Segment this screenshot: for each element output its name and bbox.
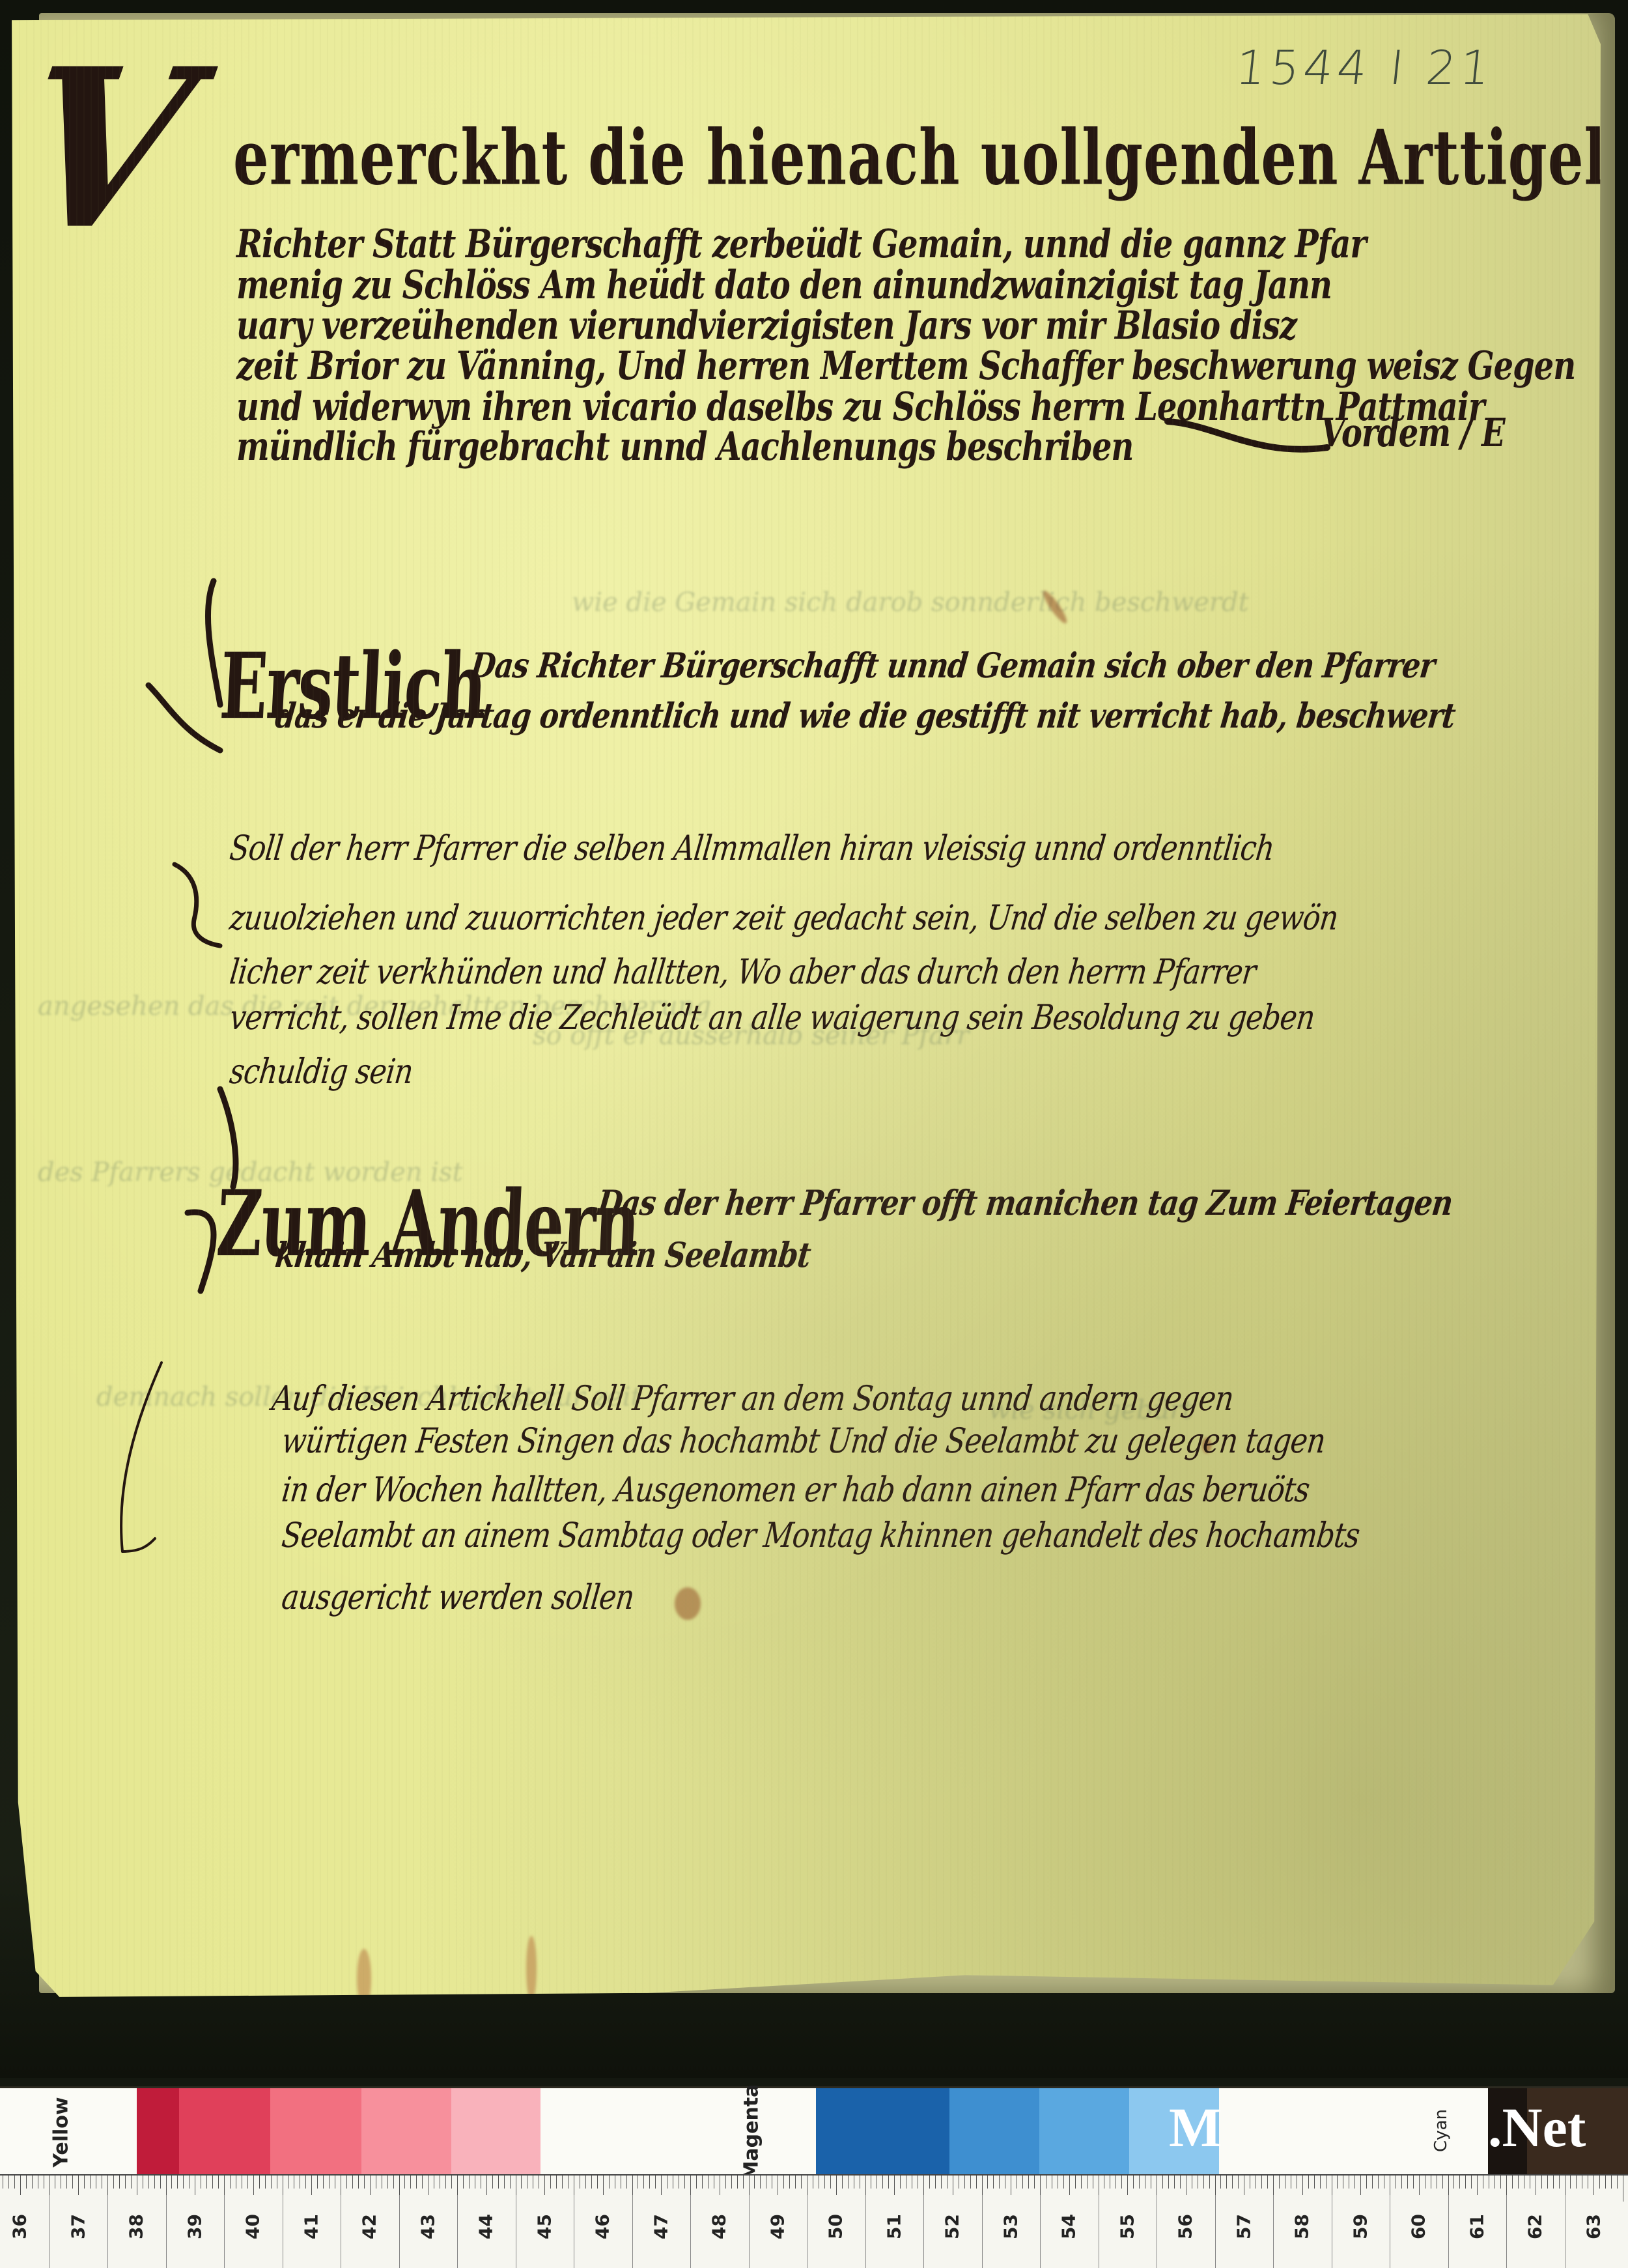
ruler-tick [236,2176,236,2189]
ruler-tick [1459,2176,1460,2189]
ruler-number: 53 [1000,2214,1021,2240]
article-2-line: Das der herr Pfarrer offt manichen tag Z… [595,1184,1454,1223]
watermark-right: .Net [1488,2095,1586,2160]
ruler-tick [953,2176,953,2195]
ruler-tick [247,2176,248,2189]
ruler-tick [1407,2176,1408,2189]
ruler-tick [3,2176,3,2189]
ruler-number: 40 [242,2214,264,2240]
ruler-tick [900,2176,901,2189]
cyan-swatch-1 [816,2088,949,2176]
ruler-tick [609,2176,610,2189]
ruler-tick [131,2176,132,2189]
ruler-number: 51 [883,2214,905,2240]
ruler-tick [242,2176,242,2189]
ruler-tick [311,2176,312,2195]
ruler-tick [621,2176,621,2189]
ruler-tick [737,2176,738,2189]
ruler-tick [1104,2176,1104,2189]
ruler-number: 63 [1582,2214,1604,2240]
ruler-tick [1302,2176,1303,2195]
ruler-tick [1349,2176,1349,2189]
ruler-tick [416,2176,417,2189]
ruler-tick [440,2176,440,2189]
ruler-tick [434,2176,434,2189]
ruler-cm-line [1506,2195,1507,2268]
ruler-cm-line [1390,2195,1390,2268]
ruler-tick [498,2176,499,2189]
ruler-tick [486,2176,487,2195]
ruler-tick [585,2176,586,2189]
color-calibration-strip: Yellow Magenta Cyan M .Net [0,2086,1628,2174]
magenta-swatch-3 [270,2088,361,2176]
ruler-tick [842,2176,843,2189]
ruler-tick [352,2176,353,2189]
ruler-tick [358,2176,359,2189]
ruler-tick [78,2176,79,2195]
ruler-tick [766,2176,766,2189]
ruler-tick [1611,2176,1612,2189]
ruler-tick [1437,2176,1437,2189]
ruler-tick [387,2176,388,2189]
ruler-tick [1419,2176,1420,2195]
ruler-tick [148,2176,149,2189]
ruler-tick [481,2176,481,2189]
ruler-tick [1034,2176,1035,2189]
ruler-tick [1360,2176,1361,2195]
ruler-number: 48 [709,2214,730,2240]
ruler-tick [714,2176,714,2189]
ruler-tick [504,2176,505,2189]
ruler-tick [760,2176,761,2189]
ruler-tick [1425,2176,1425,2189]
ruler-tick [1617,2176,1618,2189]
ruler-tick [1495,2176,1495,2189]
article-1-response-line: licher zeit verkhünden und halltten, Wo … [227,952,1257,992]
ruler-tick [836,2176,837,2195]
ruler-cm-line [749,2195,750,2268]
ruler-tick [1203,2176,1204,2189]
ruler-tick [1605,2176,1606,2189]
ruler-tick [1465,2176,1466,2189]
ruler-tick [1186,2176,1186,2195]
ruler-tick [959,2176,959,2189]
ruler-tick [591,2176,592,2189]
manuscript-page: wie die Gemain sich darob sonnderlich be… [12,14,1601,2001]
ruler-tick [783,2176,784,2189]
magenta-swatch-5 [451,2088,540,2176]
ruler-tick [702,2176,703,2189]
ruler-cm-line [1448,2195,1449,2268]
ruler-tick [294,2176,294,2189]
ruler-tick [346,2176,347,2189]
ruler-tick [1343,2176,1343,2189]
ruler-tick [1022,2176,1023,2189]
ruler-tick [1093,2176,1093,2189]
ruler-tick [603,2176,604,2195]
ruler-tick [696,2176,697,2189]
ruler-number: 61 [1466,2214,1487,2240]
label-magenta: Magenta [740,2084,763,2181]
ruler-tick [271,2176,272,2189]
ruler-tick [649,2176,650,2189]
ruler-tick [970,2176,971,2189]
ruler-tick [1500,2176,1501,2189]
ruler-tick [218,2176,219,2189]
ruler-cm-line [1215,2195,1216,2268]
ruler-cm-line [166,2195,167,2268]
ruler-number: 60 [1408,2214,1429,2240]
ruler-tick [894,2176,895,2195]
ink-stain [675,1587,701,1620]
ruler-tick [1226,2176,1227,2189]
ruler-number: 38 [126,2214,147,2240]
ruler-number: 62 [1524,2214,1546,2240]
ruler-tick [539,2176,539,2189]
ruler-tick [1431,2176,1431,2189]
ruler-tick [1162,2176,1163,2189]
ruler-cm-line [457,2195,458,2268]
ruler-tick [1536,2176,1536,2195]
ruler-tick [673,2176,673,2189]
article-2-response-line: in der Wochen halltten, Ausgenomen er ha… [279,1470,1311,1510]
ruler-tick [556,2176,557,2189]
magenta-swatch-1 [137,2088,179,2176]
ruler-tick [544,2176,545,2195]
article-1-response-line: Soll der herr Pfarrer die selben Allmmal… [227,829,1276,868]
ruler-tick [1069,2176,1070,2195]
ruler-tick [1530,2176,1530,2189]
ruler-tick [772,2176,772,2189]
ruler-number: 50 [825,2214,847,2240]
drop-cap-v: V [12,21,208,278]
ruler-tick [410,2176,411,2189]
ruler-tick [789,2176,790,2189]
ruler-tick [1518,2176,1519,2189]
ruler-tick [1547,2176,1548,2189]
ruler-cm-line [1273,2195,1274,2268]
ruler-tick [1354,2176,1355,2189]
ruler-tick [1261,2176,1262,2189]
ruler-cm-line [632,2195,633,2268]
article-2-response-line: würtigen Festen Singen das hochambt Und … [279,1421,1327,1461]
ruler-tick [1512,2176,1513,2189]
ruler-tick [1297,2176,1297,2189]
ruler-tick [96,2176,96,2189]
ruler-tick [1127,2176,1128,2195]
ruler-cm-line [865,2195,866,2268]
ruler-tick [451,2176,452,2189]
ruler-tick [819,2176,819,2189]
ruler-tick [469,2176,470,2189]
ruler-tick [813,2176,813,2189]
ruler-cm-line [107,2195,108,2268]
ruler-tick [947,2176,947,2189]
ruler-tick [1075,2176,1076,2189]
ruler-cm-line [341,2195,341,2268]
ruler-tick [102,2176,102,2189]
ruler-number: 41 [300,2214,322,2240]
ruler-tick [183,2176,184,2189]
ruler-number: 54 [1058,2214,1080,2240]
ruler-tick [1588,2176,1588,2189]
ruler-tick [801,2176,802,2189]
article-1-line: das er die Jartag ordenntlich und wie di… [273,696,1457,736]
article-2-line: khain Ambt hab, Van ain Seelambt [273,1236,812,1275]
ruler-tick [201,2176,201,2189]
ruler-tick [568,2176,568,2189]
archive-signature: 1544 I 21 [1233,40,1497,95]
ruler-tick [463,2176,464,2189]
ruler-tick [580,2176,580,2189]
ruler-tick [1326,2176,1326,2189]
ruler-tick [1483,2176,1483,2189]
ruler-tick [708,2176,709,2189]
ruler-tick [655,2176,656,2189]
ruler-tick [1250,2176,1250,2189]
ruler-cm-line [982,2195,983,2268]
ruler-tick [445,2176,446,2189]
ruler-tick [882,2176,883,2189]
ruler-cm-line [1099,2195,1099,2268]
ruler-tick [422,2176,423,2189]
ruler-cm-line [399,2195,400,2268]
ruler-tick [259,2176,260,2189]
ruler-tick [510,2176,511,2189]
ruler-tick [189,2176,189,2189]
ruler-tick [1471,2176,1472,2189]
ruler-tick [1011,2176,1011,2195]
ruler-tick [84,2176,85,2189]
ruler-tick [61,2176,61,2189]
ruler-number: 59 [1349,2214,1371,2240]
ruler-tick [265,2176,266,2189]
ruler-tick [1028,2176,1029,2189]
ruler-tick [212,2176,213,2189]
ruler-tick [253,2176,254,2195]
ruler-tick [1442,2176,1443,2189]
ruler-tick [854,2176,854,2189]
ruler-tick [119,2176,120,2189]
ruler-tick [1087,2176,1088,2189]
label-yellow: Yellow [50,2097,73,2167]
ruler-tick [667,2176,667,2189]
ruler-cm-line [224,2195,225,2268]
ruler-tick [1081,2176,1082,2189]
ruler-tick [393,2176,394,2189]
ruler-tick [1553,2176,1554,2189]
ruler-tick [1372,2176,1373,2189]
ruler-tick [562,2176,563,2189]
ruler-tick [888,2176,889,2189]
ruler-tick [643,2176,644,2189]
ruler-tick [626,2176,627,2189]
ruler-tick [1063,2176,1064,2189]
ruler-tick [754,2176,755,2189]
ruler-tick [1133,2176,1134,2189]
ruler-tick [382,2176,382,2189]
ruler-tick [1378,2176,1379,2189]
ruler-tick [1453,2176,1454,2189]
ruler-tick [1570,2176,1571,2189]
ruler-tick [20,2176,21,2195]
ruler-tick [154,2176,155,2189]
ruler-tick [492,2176,493,2189]
paper-stain [357,1949,371,2001]
article-2-response-line: Seelambt an ainem Sambtag oder Montag kh… [279,1516,1361,1555]
ruler-tick [597,2176,598,2189]
ruler-tick [720,2176,720,2195]
ruler-tick [206,2176,207,2189]
ruler-tick [1623,2176,1623,2202]
ruler-tick [1238,2176,1239,2189]
intro-line: zeit Brior zu Vänning, Und herren Mertte… [236,343,1575,389]
ruler-tick [987,2176,988,2189]
ruler-tick [1145,2176,1145,2189]
ruler-tick [871,2176,871,2189]
ruler-tick [14,2176,15,2189]
ruler-tick [277,2176,277,2189]
response-bracket [103,1356,194,1571]
ruler-tick [795,2176,796,2189]
ruler-tick [929,2176,930,2189]
ruler-tick [1599,2176,1600,2189]
intro-line: uary verzeühenden vierundvierzigisten Ja… [236,303,1297,348]
ruler-tick [877,2176,877,2189]
ruler-tick [1489,2176,1489,2189]
ruler-cm-line [49,2195,50,2268]
ruler-tick [976,2176,977,2189]
ruler-cm-line [1332,2195,1332,2268]
cyan-swatch-3 [1039,2088,1129,2176]
ruler-cm-line [283,2195,283,2268]
cyan-swatch-2 [949,2088,1039,2176]
ruler-tick [912,2176,912,2189]
intro-title-line: ermerckht die hienach uollgenden Arttige… [233,113,1601,202]
ruler-cm-line [807,2195,807,2268]
ruler-tick [1337,2176,1338,2189]
ruler-tick [125,2176,126,2189]
ruler-cm-line [690,2195,691,2268]
ruler-tick [1110,2176,1110,2189]
ruler-tick [1524,2176,1524,2189]
ruler-number: 58 [1291,2214,1313,2240]
ruler-tick [38,2176,38,2189]
ruler-tick [376,2176,376,2189]
ruler-tick [72,2176,73,2189]
ruler-tick [428,2176,428,2195]
ruler-tick [195,2176,195,2195]
ruler-tick [661,2176,662,2195]
ruler-tick [329,2176,330,2189]
ruler-tick [1180,2176,1181,2189]
intro-line: Richter Statt Bürgerschafft zerbeüdt Gem… [236,221,1366,267]
ruler-tick [1017,2176,1017,2189]
ruler-tick [1285,2176,1285,2189]
ruler-tick [90,2176,91,2189]
ruler-number: 39 [184,2214,205,2240]
ruler-tick [1116,2176,1116,2189]
ruler-tick [44,2176,44,2189]
ruler-number: 47 [650,2214,671,2240]
ruler-tick [32,2176,33,2189]
ruler-tick [860,2176,860,2189]
ruler-tick [55,2176,55,2189]
ruler-tick [999,2176,1000,2189]
ruler-cm-line [1040,2195,1041,2268]
flourish-stroke [1164,412,1334,464]
ruler-tick [1593,2176,1594,2195]
ruler-tick [615,2176,615,2189]
ruler-tick [684,2176,685,2189]
ruler-tick [1121,2176,1122,2189]
ruler-tick [364,2176,365,2189]
intro-line: menig zu Schlöss Am heüdt dato den ainun… [236,262,1332,308]
ruler-tick [1576,2176,1577,2189]
ruler-tick [993,2176,994,2189]
ruler-tick [1058,2176,1058,2189]
ruler-tick [550,2176,551,2189]
magenta-swatch-2 [179,2088,270,2176]
ruler-tick [323,2176,324,2189]
ruler-number: 43 [417,2214,438,2240]
ruler-tick [1151,2176,1151,2189]
ruler-number: 55 [1116,2214,1138,2240]
ruler-number: 42 [359,2214,380,2240]
ruler-tick [1291,2176,1291,2189]
ruler-cm-line [1157,2195,1157,2268]
ruler-tick [1232,2176,1233,2189]
intro-line: mündlich fürgebracht unnd Aachlenungs be… [236,424,1133,470]
measurement-ruler: 3637383940414243444546474849505152535455… [0,2174,1628,2268]
ruler-tick [8,2176,9,2189]
ruler-tick [533,2176,533,2189]
ruler-tick [1314,2176,1315,2189]
ruler-cm-line [574,2195,574,2268]
article-1-line: Das Richter Bürgerschafft unnd Gemain si… [468,646,1437,686]
ruler-tick [941,2176,942,2189]
ruler-tick [305,2176,306,2189]
intro-closing-word: Vordem / E [1321,410,1505,456]
article-2-response-line: ausgericht werden sollen [279,1578,636,1617]
ruler-tick [1320,2176,1321,2189]
article-2-response-line: Auf diesen Artickhell Soll Pfarrer an de… [270,1379,1235,1419]
ruler-tick [1052,2176,1052,2189]
ruler-tick [475,2176,475,2189]
ruler-tick [1384,2176,1384,2189]
ruler-cm-line [923,2195,924,2268]
ruler-tick [521,2176,522,2189]
ruler-tick [935,2176,936,2189]
ruler-tick [26,2176,27,2189]
ruler-number: 37 [67,2214,89,2240]
ruler-tick [527,2176,527,2189]
ruler-tick [1413,2176,1414,2189]
ruler-tick [137,2176,137,2195]
ruler-tick [1244,2176,1244,2195]
ruler-number: 36 [9,2214,31,2240]
ruler-tick [171,2176,172,2189]
bleed-through-text: wie die Gemain sich darob sonnderlich be… [572,588,1249,617]
ruler-tick [160,2176,161,2189]
response-bracket [168,855,233,952]
ruler-tick [1005,2176,1005,2189]
ruler-cm-line [1565,2195,1565,2268]
ruler-tick [743,2176,744,2189]
ruler-tick [1192,2176,1192,2189]
ruler-tick [778,2176,778,2195]
ruler-tick [1366,2176,1367,2189]
